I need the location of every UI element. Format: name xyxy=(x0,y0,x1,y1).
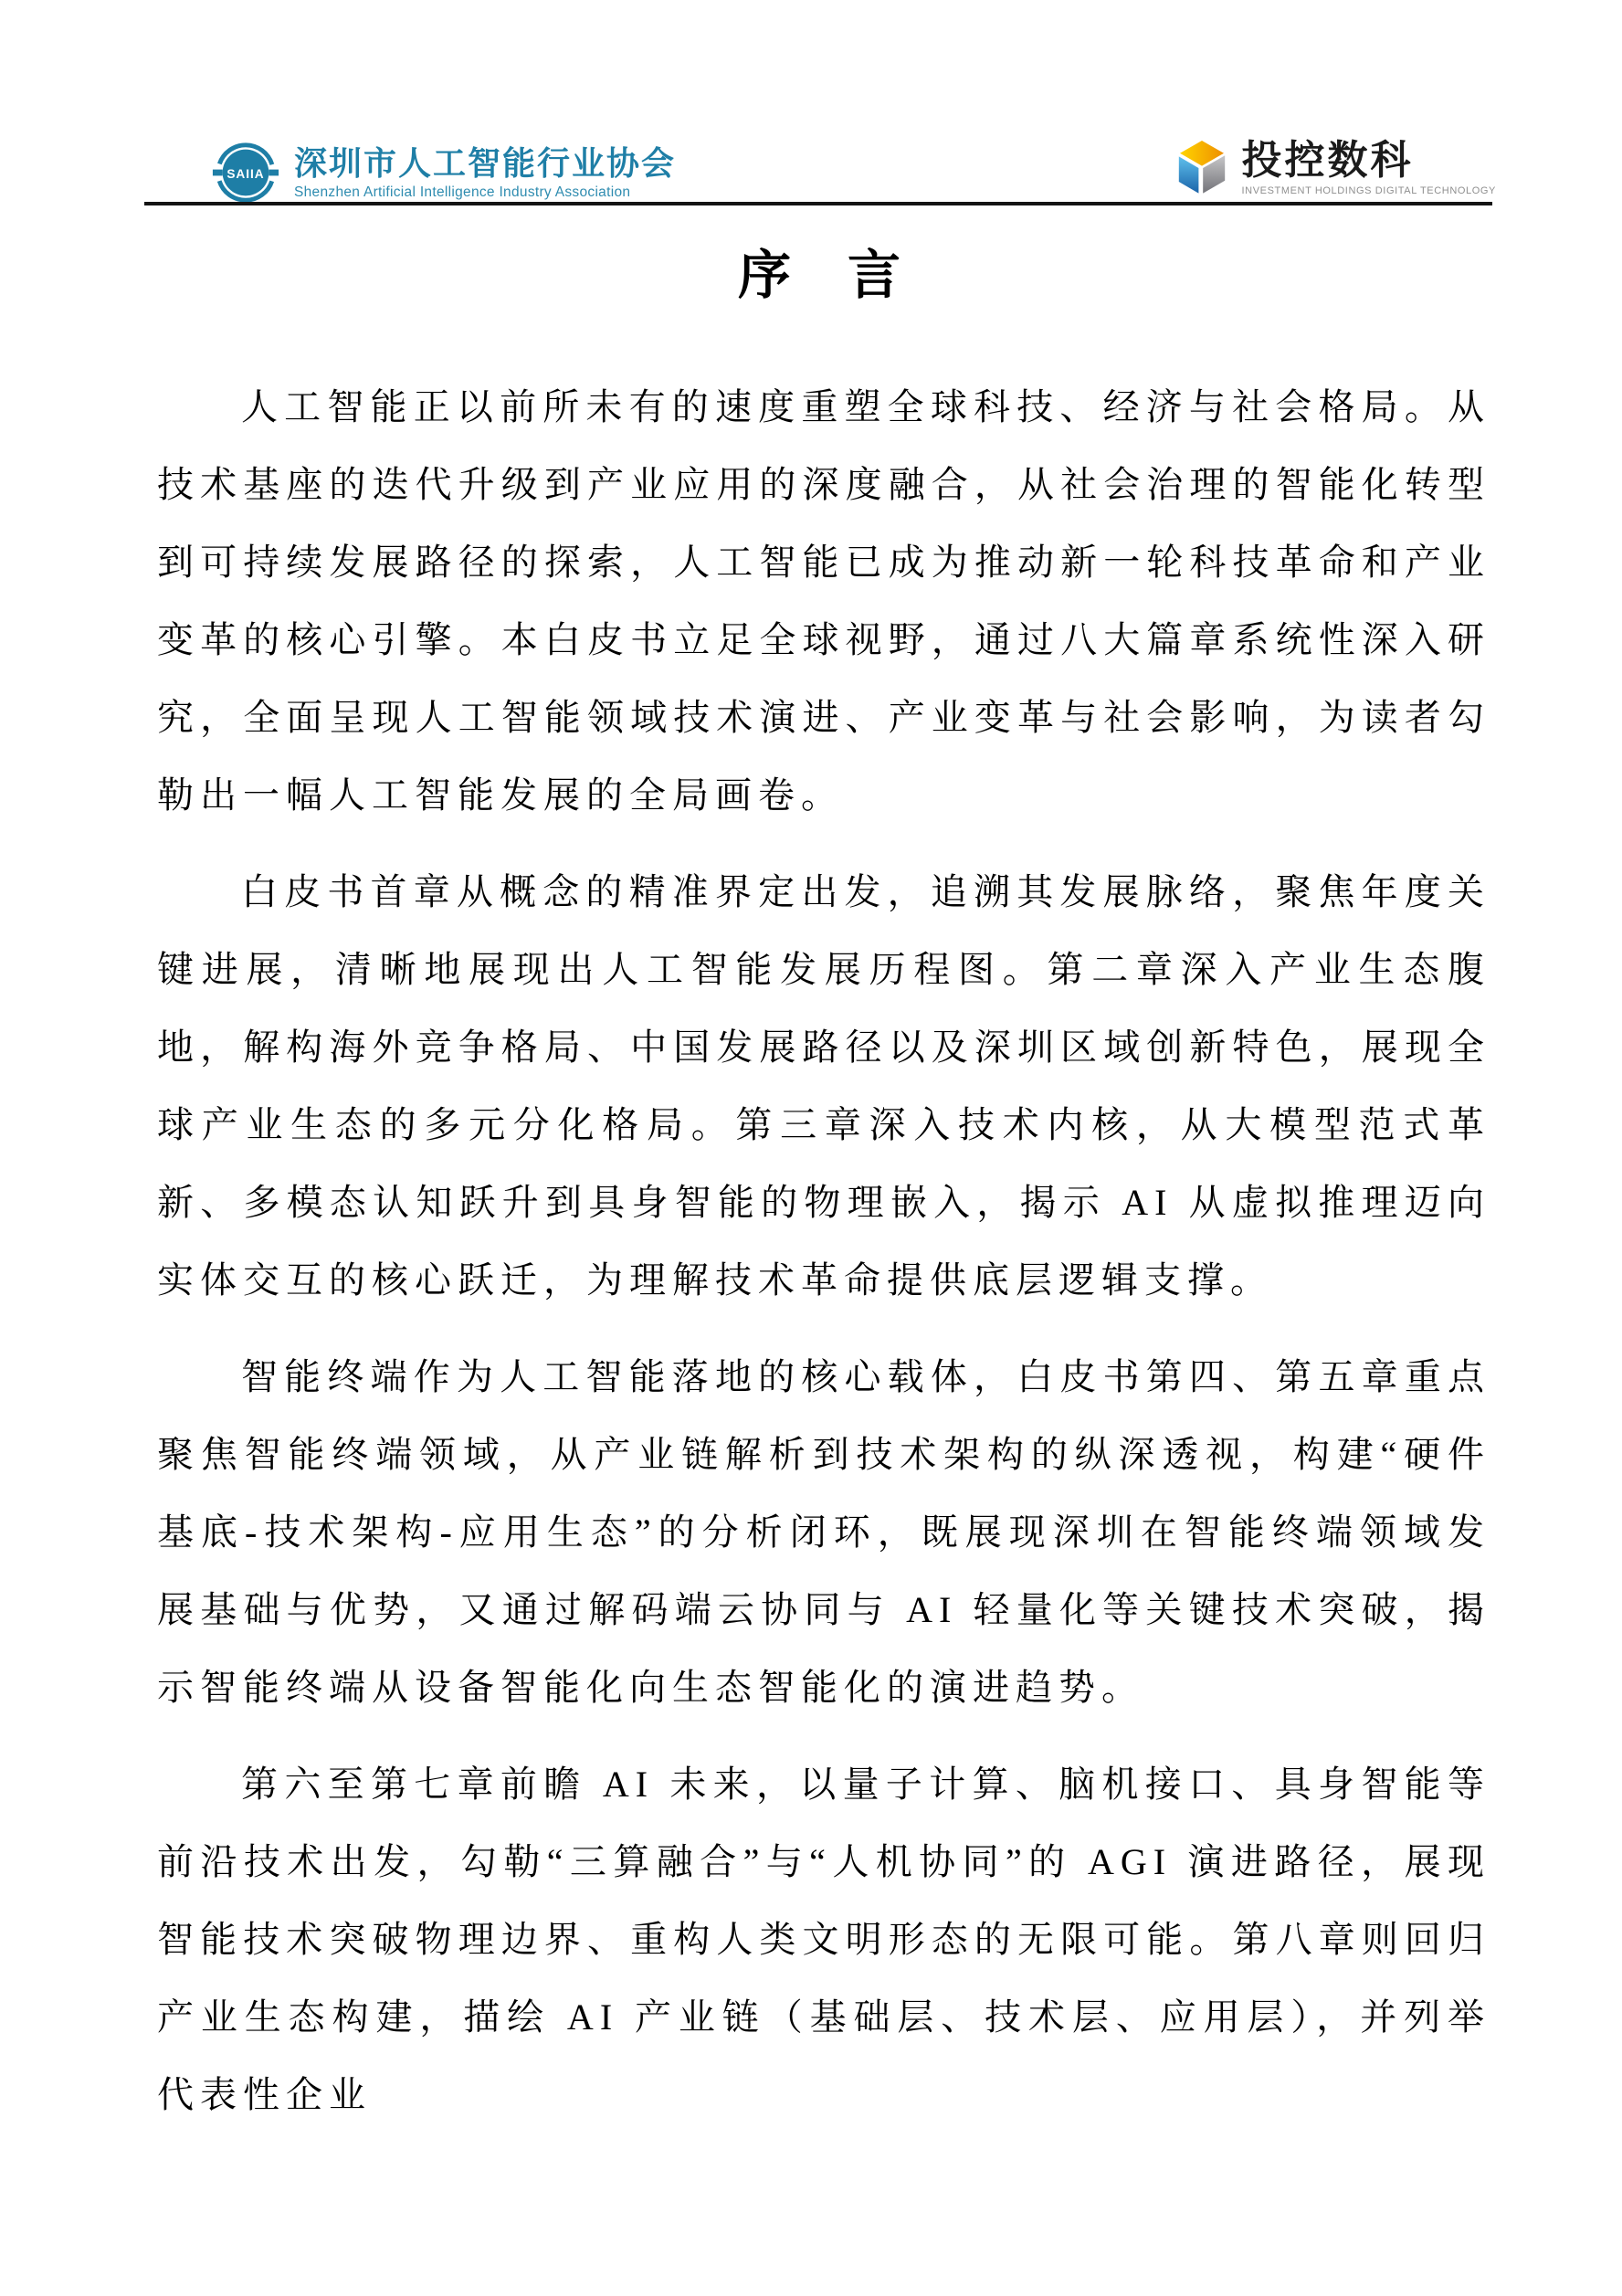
ihdt-logo: 投控数科 INVESTMENT HOLDINGS DIGITAL TECHNOL… xyxy=(1174,137,1497,199)
document-body: 人工智能正以前所未有的速度重塑全球科技、经济与社会格局。从技术基座的迭代升级到产… xyxy=(157,368,1490,2153)
ihdt-name-en: INVESTMENT HOLDINGS DIGITAL TECHNOLOGY xyxy=(1242,185,1497,196)
header-rule xyxy=(144,202,1492,205)
saiia-badge-text: SAIIA xyxy=(226,167,264,181)
page-title: 序 言 xyxy=(149,232,1491,309)
paragraph-2: 白皮书首章从概念的精准界定出发，追溯其发展脉络，聚焦年度关键进展，清晰地展现出人… xyxy=(157,853,1490,1319)
saiia-emblem-icon: SAIIA xyxy=(210,137,281,208)
ihdt-name-zh: 投控数科 xyxy=(1242,141,1497,181)
paragraph-1: 人工智能正以前所未有的速度重塑全球科技、经济与社会格局。从技术基座的迭代升级到产… xyxy=(157,368,1490,834)
saiia-name-en: Shenzhen Artificial Intelligence Industr… xyxy=(294,184,676,201)
cube-icon xyxy=(1174,137,1229,199)
document-page: SAIIA 深圳市人工智能行业协会 Shenzhen Artificial In… xyxy=(0,0,1622,2296)
saiia-logo: SAIIA 深圳市人工智能行业协会 Shenzhen Artificial In… xyxy=(210,137,676,208)
paragraph-3: 智能终端作为人工智能落地的核心载体，白皮书第四、第五章重点聚焦智能终端领域，从产… xyxy=(157,1338,1490,1726)
saiia-name-zh: 深圳市人工智能行业协会 xyxy=(294,144,676,182)
paragraph-4: 第六至第七章前瞻 AI 未来，以量子计算、脑机接口、具身智能等前沿技术出发，勾勒… xyxy=(157,1745,1490,2133)
